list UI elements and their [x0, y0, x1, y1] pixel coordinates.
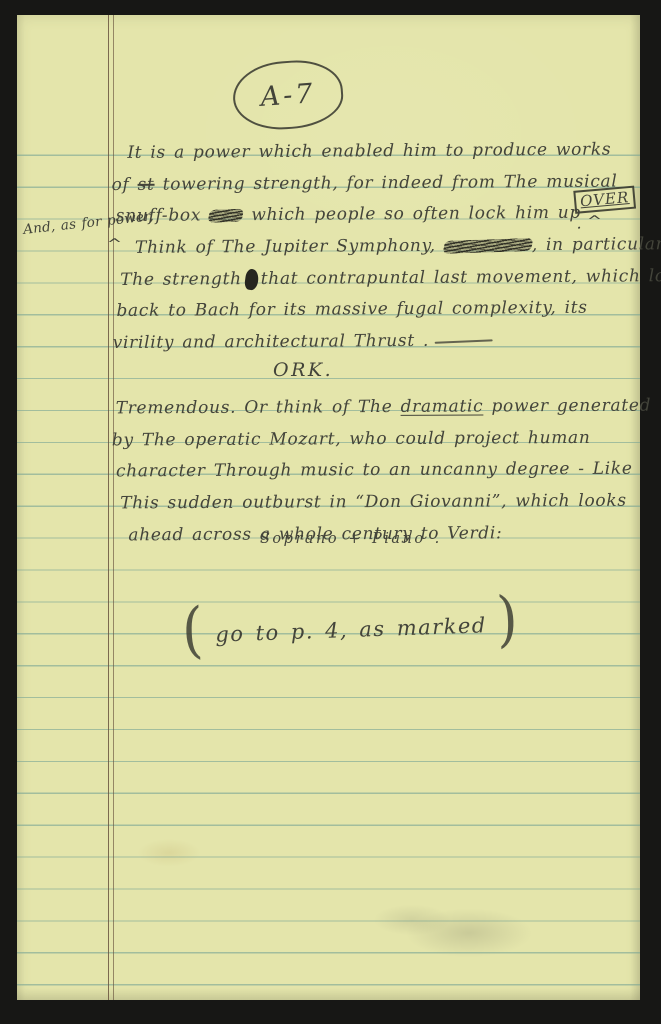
manuscript-line: This sudden outburst in “Don Giovanni”, …: [120, 486, 652, 520]
orchestra-cue: ORK.: [273, 359, 333, 381]
manuscript-paragraph-1: It is a power which enabled him to produ…: [111, 134, 661, 360]
margin-rule-line-left: [108, 15, 109, 1000]
legal-pad-page: A-7 OVER. ^ And, as for power, ^ It is a…: [17, 15, 640, 1000]
scanned-manuscript: A-7 OVER. ^ And, as for power, ^ It is a…: [0, 0, 661, 1024]
ink-blot: [243, 268, 259, 291]
underlined-word: dramatic: [400, 396, 483, 416]
scribbled-out-word: [208, 209, 245, 223]
open-paren: (: [181, 600, 204, 661]
page-number-text: A-7: [260, 78, 317, 113]
manuscript-paragraph-2: Tremendous. Or think of The dramatic pow…: [112, 391, 652, 552]
scribbled-out-phrase: [442, 238, 533, 254]
goto-page-note: ( go to p. 4, as marked ): [181, 592, 518, 658]
manuscript-line: of st towering strength, for indeed from…: [111, 166, 661, 202]
manuscript-line: snuff-box which people so often lock him…: [116, 197, 661, 233]
goto-note-text: go to p. 4, as marked: [215, 613, 487, 646]
circled-page-number: A-7: [231, 57, 345, 133]
pen-flourish: [435, 339, 493, 343]
close-paren: ): [496, 589, 519, 650]
manuscript-line: character Through music to an uncanny de…: [116, 454, 652, 488]
struck-word: st: [138, 174, 155, 194]
soprano-piano-cue: Soprano + Piano .: [260, 531, 442, 547]
manuscript-line: back to Bach for its massive fugal compl…: [116, 292, 661, 328]
manuscript-line: by The operatic Mozart, who could projec…: [112, 422, 652, 457]
manuscript-line: virility and architectural Thrust .: [113, 324, 661, 360]
manuscript-line: The strengththat contrapuntal last movem…: [120, 261, 661, 297]
manuscript-line: Tremendous. Or think of The dramatic pow…: [116, 391, 652, 425]
manuscript-line: Think of The Jupiter Symphony, , in part…: [135, 229, 661, 265]
manuscript-line: It is a power which enabled him to produ…: [127, 134, 661, 170]
